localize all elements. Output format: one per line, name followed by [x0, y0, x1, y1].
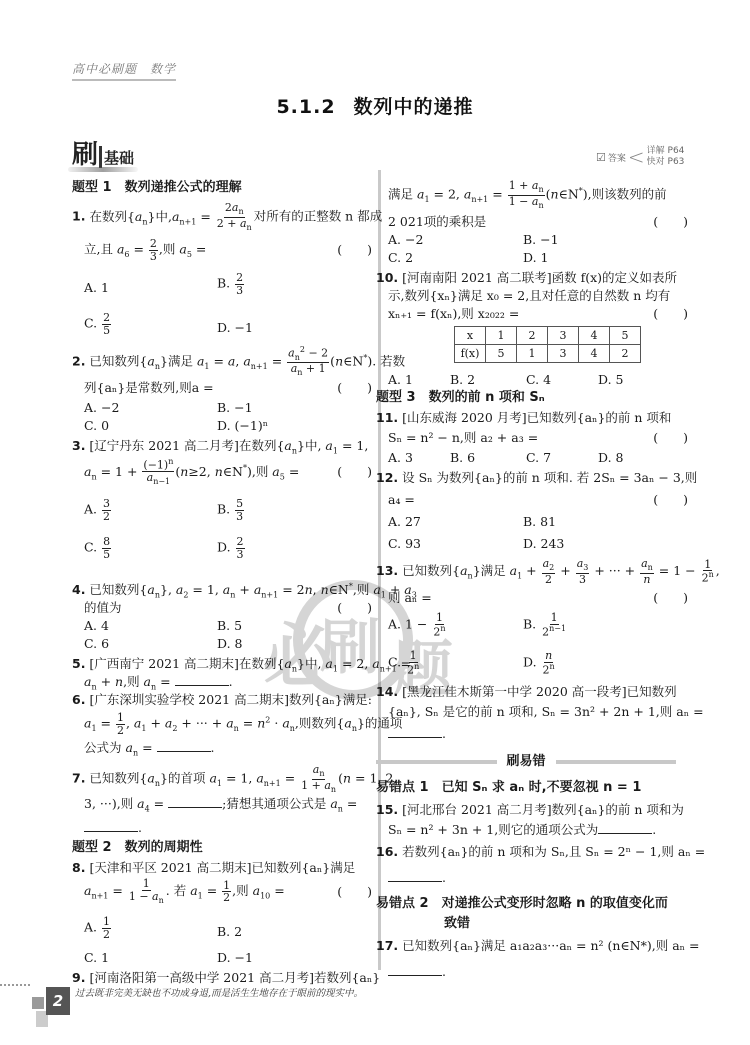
q9-line1: 9. [河南洛阳第一高级中学 2021 高二月考]若数列{aₙ} [72, 970, 380, 986]
q1-line1: 1. 在数列{an}中,an+1 = 2an2 + an对所有的正整数 n 都成 [72, 202, 382, 232]
q14-line2: {aₙ}, Sₙ 是它的前 n 项和, Sₙ = 3n² + 2n + 1,则 … [388, 704, 704, 720]
type2-heading: 题型 2 数列的周期性 [72, 840, 203, 856]
q12-option-a[interactable]: A. 27 [388, 514, 421, 530]
q16-answer-blank[interactable] [388, 871, 442, 882]
q10-line3: xₙ₊₁ = f(xₙ),则 x₂₀₂₂ = [388, 306, 519, 322]
q3-line1: 3. [辽宁丹东 2021 高二月考]在数列{an}中, a1 = 1, [72, 438, 368, 457]
q2-option-d[interactable]: D. (−1)ⁿ [217, 418, 268, 434]
q11-option-d[interactable]: D. 8 [598, 450, 623, 466]
type1-heading: 题型 1 数列递推公式的理解 [72, 180, 242, 196]
q14-line1: 14. [黑龙江佳木斯第一中学 2020 高一段考]已知数列 [376, 684, 677, 700]
running-head: 高中必刷题 数学 [72, 60, 176, 81]
q17-line1: 17. 已知数列{aₙ}满足 a₁a₂a₃···aₙ = n² (n∈N*),则… [376, 938, 700, 954]
q7-line2: 3, ···),则 a4 = ;猜想其通项公式是 an = [84, 796, 357, 815]
q13-line1: 13. 已知数列{an}满足 a1 + a22 + a33 + ··· + an… [376, 558, 720, 585]
q11-line1: 11. [山东威海 2020 月考]已知数列{aₙ}的前 n 项和 [376, 410, 671, 426]
q10-option-c[interactable]: C. 4 [526, 372, 551, 388]
q8-line1: 8. [天津和平区 2021 高二期末]已知数列{aₙ}满足 [72, 860, 355, 876]
q3-option-a[interactable]: A. 32 [84, 498, 112, 522]
q1-answer-paren[interactable]: ( ) [337, 242, 372, 258]
q13-line2: 则 aₙ = [388, 590, 432, 606]
badge-square-gray [32, 997, 44, 1009]
q4-line2: 的值为 [84, 600, 122, 616]
q6-line1: 6. [广东深圳实验学校 2021 高二期末]数列{aₙ}满足: [72, 692, 372, 708]
q13-answer-paren[interactable]: ( ) [653, 590, 688, 606]
q16-line2: . [388, 870, 446, 886]
brush-big-char: 刷 [72, 142, 98, 168]
q17-answer-blank[interactable] [388, 965, 442, 976]
q1-option-a[interactable]: A. 1 [84, 280, 109, 296]
q4-line1: 4. 已知数列{an}, a2 = 1, an + an+1 = 2n, n∈N… [72, 582, 417, 601]
q13-option-a[interactable]: A. 1 − 12n [388, 612, 448, 638]
q12-option-b[interactable]: B. 81 [523, 514, 556, 530]
q2-line1: 2. 已知数列{an}满足 a1 = a, an+1 = an2 − 2an +… [72, 346, 405, 378]
type3-heading: 题型 3 数列的前 n 项和 Sₙ [376, 390, 545, 406]
q1-option-d[interactable]: D. −1 [217, 320, 253, 336]
error-section-bar: 刷易错 [376, 754, 676, 770]
q5-line1: 5. [广西南宁 2021 高二期末]在数列{an}中, a1 = 2, an+… [72, 656, 411, 675]
q7-a4-blank[interactable] [168, 797, 222, 808]
q3-line2: an = 1 + (−1)nan−1(n≥2, n∈N*),则 a5 = [84, 458, 299, 487]
right-column: 满足 a1 = 2, an+1 = 1 + an1 − an(n∈N*),则该数… [388, 180, 688, 980]
q12-answer-paren[interactable]: ( ) [653, 492, 688, 508]
q10-line2: 示,数列{xₙ}满足 x₀ = 2,且对任意的自然数 n 均有 [388, 288, 670, 304]
checkbox-icon: ☑ [596, 151, 606, 164]
q13-option-b[interactable]: B. 12n−1 [523, 612, 568, 638]
q12-line1: 12. 设 Sₙ 为数列{aₙ}的前 n 项和. 若 2Sₙ = 3aₙ − 3… [376, 470, 697, 486]
error-section-label: 刷易错 [507, 754, 546, 770]
q8-option-a[interactable]: A. 12 [84, 916, 112, 940]
q8-line2: an+1 = 11 − an. 若 a1 = 12,则 a10 = [84, 878, 285, 905]
q3-option-d[interactable]: D. 23 [217, 536, 246, 560]
table-row-x: x 1 2 3 4 5 [455, 327, 641, 345]
q4-answer-paren[interactable]: ( ) [337, 600, 372, 616]
q12-option-c[interactable]: C. 93 [388, 536, 421, 552]
rule-right [556, 760, 677, 764]
q4-option-d[interactable]: D. 8 [217, 636, 242, 652]
brush-small-label: 基础 [104, 147, 134, 168]
q12-option-d[interactable]: D. 243 [523, 536, 564, 552]
q13-option-c[interactable]: C. 12n [388, 650, 421, 676]
page-number-badge: 2 [22, 987, 72, 1037]
answer-quick-page: 快对 P63 [647, 157, 685, 168]
q10-option-a[interactable]: A. 1 [388, 372, 413, 388]
q4-option-c[interactable]: C. 6 [84, 636, 109, 652]
answer-reference: ☑ 答案 < 详解 P64 快对 P63 [596, 146, 684, 168]
q2-option-b[interactable]: B. −1 [217, 400, 253, 416]
q11-line2: Sₙ = n² − n,则 a₂ + a₃ = [388, 430, 538, 446]
q8-answer-paren[interactable]: ( ) [337, 884, 372, 900]
answer-label: 答案 [608, 151, 626, 164]
q4-option-a[interactable]: A. 4 [84, 618, 109, 634]
err1-heading: 易错点 1 已知 Sₙ 求 aₙ 时,不要忽视 n = 1 [376, 780, 641, 796]
q9-option-c[interactable]: C. 2 [388, 250, 413, 266]
q4-option-b[interactable]: B. 5 [217, 618, 242, 634]
q9-cont-line1: 满足 a1 = 2, an+1 = 1 + an1 − an(n∈N*),则该数… [388, 180, 667, 210]
function-table: x 1 2 3 4 5 f(x) 5 1 3 4 2 [454, 326, 641, 363]
q1-option-c[interactable]: C. 25 [84, 312, 112, 336]
q3-option-c[interactable]: C. 85 [84, 536, 112, 560]
q15-line1: 15. [河北邢台 2021 高二月考]数列{aₙ}的前 n 项和为 [376, 802, 684, 818]
q10-line1: 10. [河南南阳 2021 高二联考]函数 f(x)的定义如表所 [376, 270, 677, 286]
brush-stroke-decoration [68, 167, 138, 172]
q14-line3: . [388, 726, 446, 742]
q9-answer-paren[interactable]: ( ) [653, 214, 688, 230]
left-column: 题型 1 数列递推公式的理解 1. 在数列{an}中,an+1 = 2an2 +… [72, 180, 372, 980]
answer-detail-page: 详解 P64 [647, 146, 685, 157]
angle-bracket-icon: < [628, 147, 645, 167]
q5-answer-blank[interactable] [175, 675, 229, 686]
q11-option-a[interactable]: A. 3 [388, 450, 413, 466]
section-name: 数列中的递推 [354, 96, 474, 118]
q9-cont-line2: 2 021项的乘积是 [388, 214, 486, 230]
q9-option-d[interactable]: D. 1 [523, 250, 548, 266]
footer-dotted-rule [0, 984, 30, 986]
q11-answer-paren[interactable]: ( ) [653, 430, 688, 446]
footer-motto: 过去既非完美无缺也不功成身退,而是活生生地存在于眼前的现实中。 [75, 985, 363, 999]
q6-line3: 公式为 an = . [84, 740, 215, 759]
q11-option-b[interactable]: B. 6 [450, 450, 475, 466]
q3-option-b[interactable]: B. 53 [217, 498, 245, 522]
q15-line2: Sₙ = n² + 3n + 1,则它的通项公式为. [388, 822, 656, 838]
q2-answer-paren[interactable]: ( ) [337, 380, 372, 396]
q9-option-a[interactable]: A. −2 [388, 232, 423, 248]
err2-heading-line2: 致错 [444, 916, 470, 932]
q5-line2: an + n,则 an = . [84, 674, 233, 693]
q8-option-c[interactable]: C. 1 [84, 950, 109, 966]
q3-answer-paren[interactable]: ( ) [337, 464, 372, 480]
q1-option-b[interactable]: B. 23 [217, 272, 245, 296]
q11-option-c[interactable]: C. 7 [526, 450, 551, 466]
q16-line1: 16. 若数列{aₙ}的前 n 项和为 Sₙ,且 Sₙ = 2ⁿ − 1,则 a… [376, 844, 705, 860]
q10-answer-paren[interactable]: ( ) [653, 306, 688, 322]
err2-heading-line1: 易错点 2 对递推公式变形时忽略 n 的取值变化而 [376, 896, 668, 912]
q15-answer-blank[interactable] [598, 823, 652, 834]
q2-line2: 列{aₙ}是常数列,则a = [84, 380, 214, 396]
q1-line2: 立,且 a6 = 23,则 a5 = [84, 238, 206, 262]
q14-answer-blank[interactable] [388, 727, 442, 738]
table-row-fx: f(x) 5 1 3 4 2 [455, 345, 641, 363]
rule-left [376, 760, 497, 764]
brush-basics-heading: 刷 基础 [72, 142, 134, 168]
q8-option-b[interactable]: B. 2 [217, 924, 242, 940]
q2-option-a[interactable]: A. −2 [84, 400, 119, 416]
page-number: 2 [46, 987, 70, 1015]
q10-option-b[interactable]: B. 2 [450, 372, 475, 388]
q9-option-b[interactable]: B. −1 [523, 232, 559, 248]
q13-option-d[interactable]: D. n2n [523, 650, 557, 676]
q7-line1: 7. 已知数列{an}的首项 a1 = 1, an+1 = an1 + an(n… [72, 764, 397, 794]
q2-option-c[interactable]: C. 0 [84, 418, 109, 434]
q17-line2: . [388, 964, 446, 980]
section-number: 5.1.2 [276, 96, 335, 118]
q7-formula-blank[interactable] [84, 821, 138, 832]
q10-option-d[interactable]: D. 5 [598, 372, 623, 388]
q12-line2: a₄ = [388, 492, 415, 508]
q7-line3: . [84, 820, 142, 836]
q8-option-d[interactable]: D. −1 [217, 950, 253, 966]
section-title: 5.1.2数列中的递推 [0, 92, 750, 119]
q6-answer-blank[interactable] [157, 741, 211, 752]
brush-bar-decoration [99, 146, 102, 168]
q6-line2: a1 = 12, a1 + a2 + ··· + an = n2 · an,则数… [84, 712, 402, 736]
